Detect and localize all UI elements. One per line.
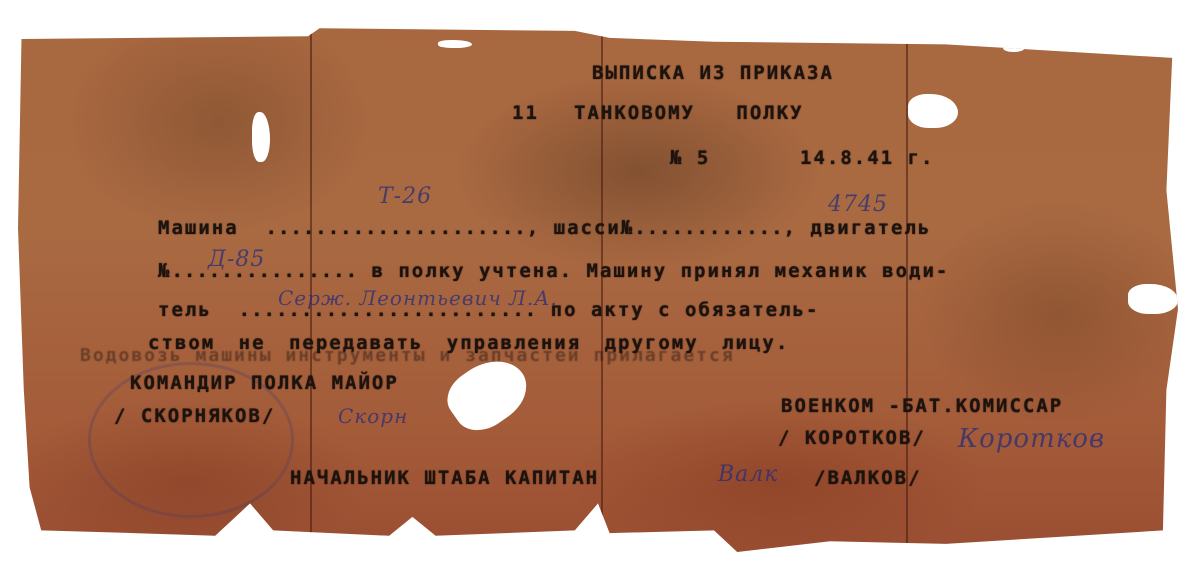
chief-of-staff-title: НАЧАЛЬНИК ШТАБА КАПИТАН: [290, 467, 599, 489]
driver-field: ........................: [239, 299, 538, 321]
handwritten-chassis: 4745: [828, 192, 888, 217]
engine-field: ...............: [171, 260, 358, 282]
document-title: ВЫПИСКА ИЗ ПРИКАЗА: [592, 62, 834, 84]
commissar-name: / КОРОТКОВ/: [778, 427, 926, 449]
paper-hole: [1003, 42, 1025, 52]
line2-text: в полку учтена. Машину принял механик во…: [358, 260, 949, 282]
chassis-label: , шасси№: [527, 217, 635, 239]
paper-hole: [208, 22, 228, 30]
paper-hole: [438, 40, 472, 48]
commander-signature: Скорн: [338, 404, 408, 428]
order-number: № 5: [670, 147, 710, 169]
commissar-title: ВОЕНКОМ -БАТ.КОМИССАР: [781, 395, 1063, 417]
line-engine: №............... в полку учтена. Машину …: [158, 260, 949, 282]
chief-of-staff-name: /ВАЛКОВ/: [814, 467, 922, 489]
line3-start: тель: [158, 299, 212, 321]
fold-line: [601, 12, 603, 552]
unit-number: 11: [512, 102, 539, 124]
unit-name: ТАНКОВОМУ ПОЛКУ: [574, 102, 804, 124]
document-paper: ВЫПИСКА ИЗ ПРИКАЗА 11 ТАНКОВОМУ ПОЛКУ № …: [18, 12, 1178, 552]
line-machine: Машина ....................., шасси№....…: [158, 217, 931, 239]
commander-name: / СКОРНЯКОВ/: [114, 405, 275, 427]
chief-of-staff-signature: Валк: [718, 462, 778, 487]
chassis-field: ............: [634, 217, 783, 239]
machine-label: Машина: [158, 217, 239, 239]
paper-hole: [1128, 284, 1178, 314]
order-date: 14.8.41 г.: [800, 147, 934, 169]
line3-end: по акту с обязатель-: [537, 299, 819, 321]
line-obligation: ством не передавать управления другому л…: [148, 332, 789, 354]
engine-prefix: №: [158, 260, 171, 282]
line-driver: тель ........................ по акту с …: [158, 299, 819, 321]
paper-hole: [252, 112, 270, 162]
paper-hole: [908, 94, 958, 128]
engine-label: , двигатель: [784, 217, 932, 239]
handwritten-machine: Т-26: [378, 184, 432, 209]
machine-field: .....................: [266, 217, 527, 239]
commander-title: КОМАНДИР ПОЛКА МАЙОР: [130, 372, 399, 394]
commissar-signature: Коротков: [958, 424, 1105, 454]
